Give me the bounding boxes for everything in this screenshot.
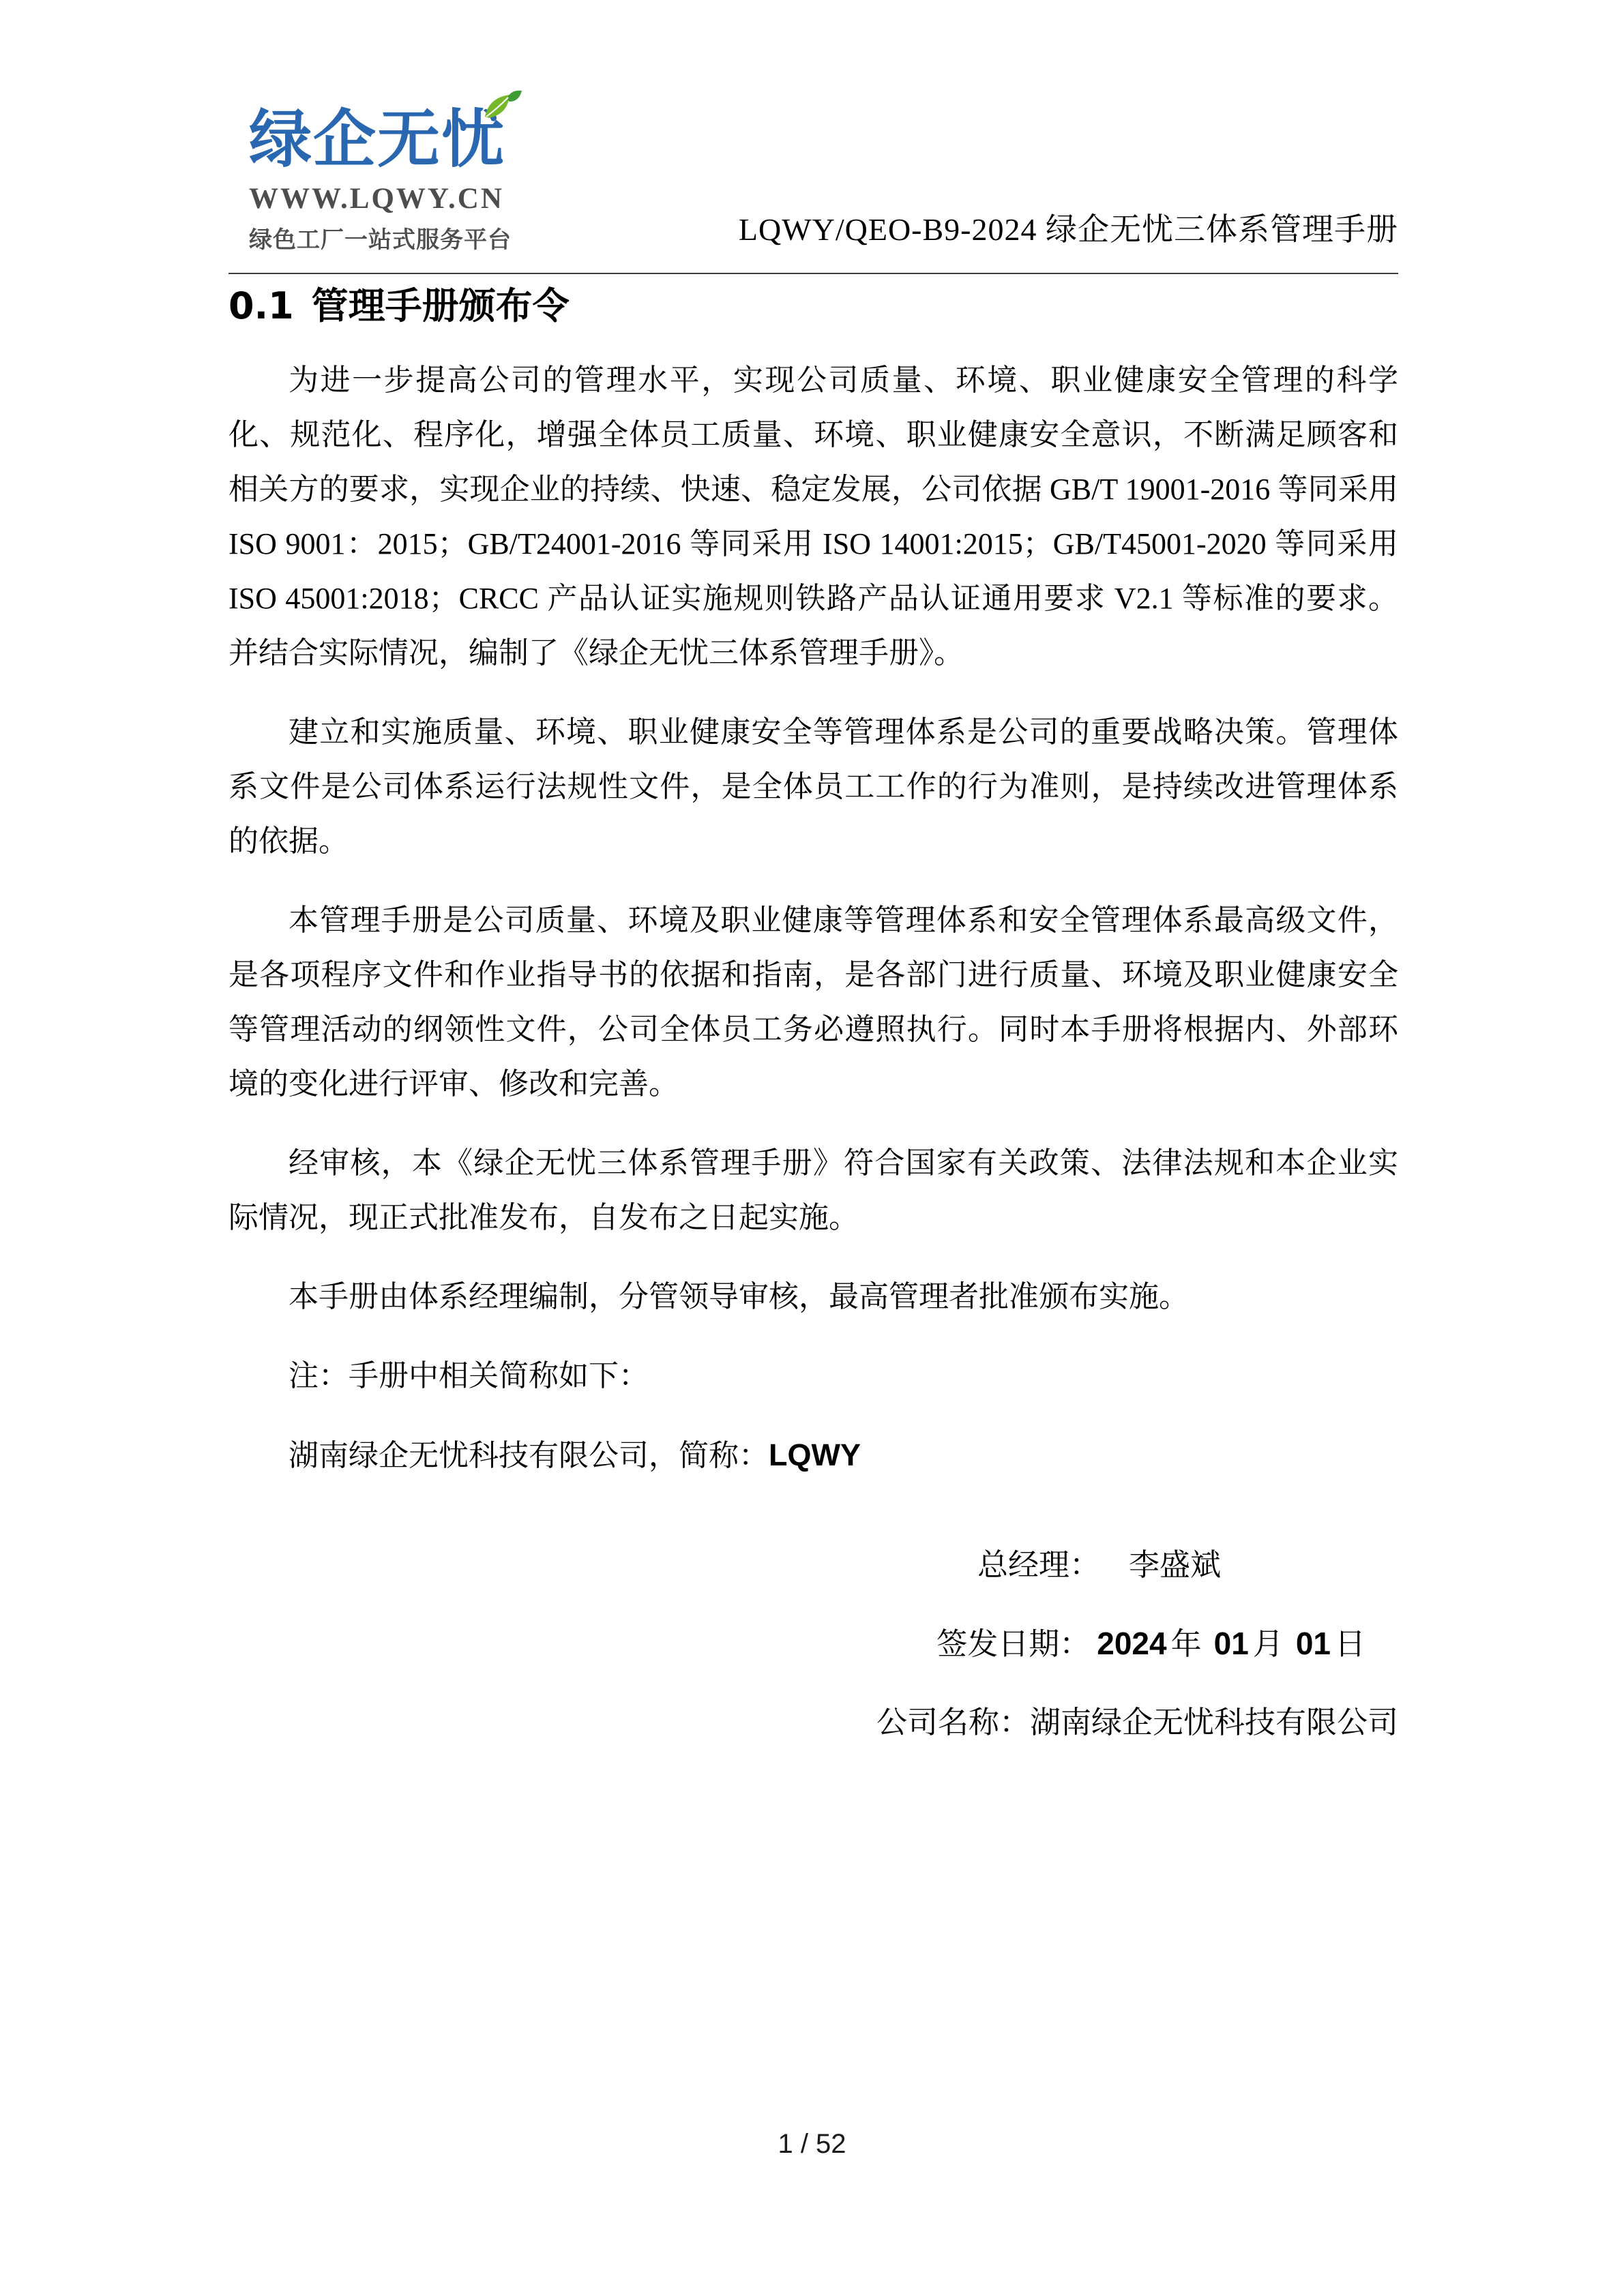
manager-label: 总经理： [977,1548,1100,1582]
date-year: 2024 [1097,1626,1166,1661]
logo-brand-row: 绿企无忧 [249,106,515,179]
document-body: 0.1管理手册颁布令 为进一步提高公司的管理水平，实现公司质量、环境、职业健康安… [228,274,1398,1750]
page-header: 绿企无忧 WWW.LQWY.CN 绿色工厂一站式服务平台 LQWY/QEO-B9… [228,0,1398,274]
manager-name: 李盛斌 [1129,1548,1221,1582]
date-label: 签发日期： [936,1627,1090,1661]
date-month-unit: 月 [1253,1627,1284,1661]
logo-tagline: 绿色工厂一站式服务平台 [249,221,515,254]
date-day-unit: 日 [1335,1627,1365,1661]
page-footer: 1 / 52 [0,2129,1624,2160]
company-name: 湖南绿企无忧科技有限公司 [1030,1705,1398,1740]
paragraph-approval: 经审核，本《绿企无忧三体系管理手册》符合国家有关政策、法律法规和本企业实际情况，… [228,1136,1398,1245]
title-number: 0.1 [228,284,294,327]
paragraph-responsibility: 本手册由体系经理编制，分管领导审核，最高管理者批准颁布实施。 [228,1270,1398,1324]
leaf-icon [479,88,525,121]
paragraph-abbreviation: 湖南绿企无忧科技有限公司，简称：LQWY [228,1428,1398,1483]
logo-brand-text: 绿企无忧 [249,103,505,176]
page-title: 0.1管理手册颁布令 [228,284,1398,329]
paragraph-strategy: 建立和实施质量、环境、职业健康安全等管理体系是公司的重要战略决策。管理体系文件是… [228,705,1398,869]
date-month: 01 [1214,1626,1249,1661]
paragraph-note: 注：手册中相关简称如下： [228,1349,1398,1403]
signature-company-line: 公司名称：湖南绿企无忧科技有限公司 [228,1695,1398,1750]
paragraph-intro: 为进一步提高公司的管理水平，实现公司质量、环境、职业健康安全管理的科学化、规范化… [228,353,1398,681]
document-page: 绿企无忧 WWW.LQWY.CN 绿色工厂一站式服务平台 LQWY/QEO-B9… [0,0,1624,2296]
paragraph-scope: 本管理手册是公司质量、环境及职业健康等管理体系和安全管理体系最高级文件，是各项程… [228,893,1398,1112]
date-year-unit: 年 [1171,1627,1202,1661]
signature-manager-line: 总经理：李盛斌 [228,1538,1221,1592]
date-day: 01 [1296,1626,1331,1661]
company-label: 公司名称： [876,1705,1030,1740]
signature-block: 总经理：李盛斌 签发日期：2024年01月01日 公司名称：湖南绿企无忧科技有限… [228,1538,1398,1750]
signature-date-line: 签发日期：2024年01月01日 [228,1616,1371,1671]
logo-url: WWW.LQWY.CN [249,182,515,215]
title-text: 管理手册颁布令 [312,284,570,327]
page-number: 1 / 52 [778,2129,846,2159]
document-code: LQWY/QEO-B9-2024 绿企无忧三体系管理手册 [739,205,1398,250]
company-logo: 绿企无忧 WWW.LQWY.CN 绿色工厂一站式服务平台 [249,106,515,254]
abbreviation-code: LQWY [769,1437,861,1472]
abbreviation-prefix: 湖南绿企无忧科技有限公司，简称： [289,1439,769,1472]
